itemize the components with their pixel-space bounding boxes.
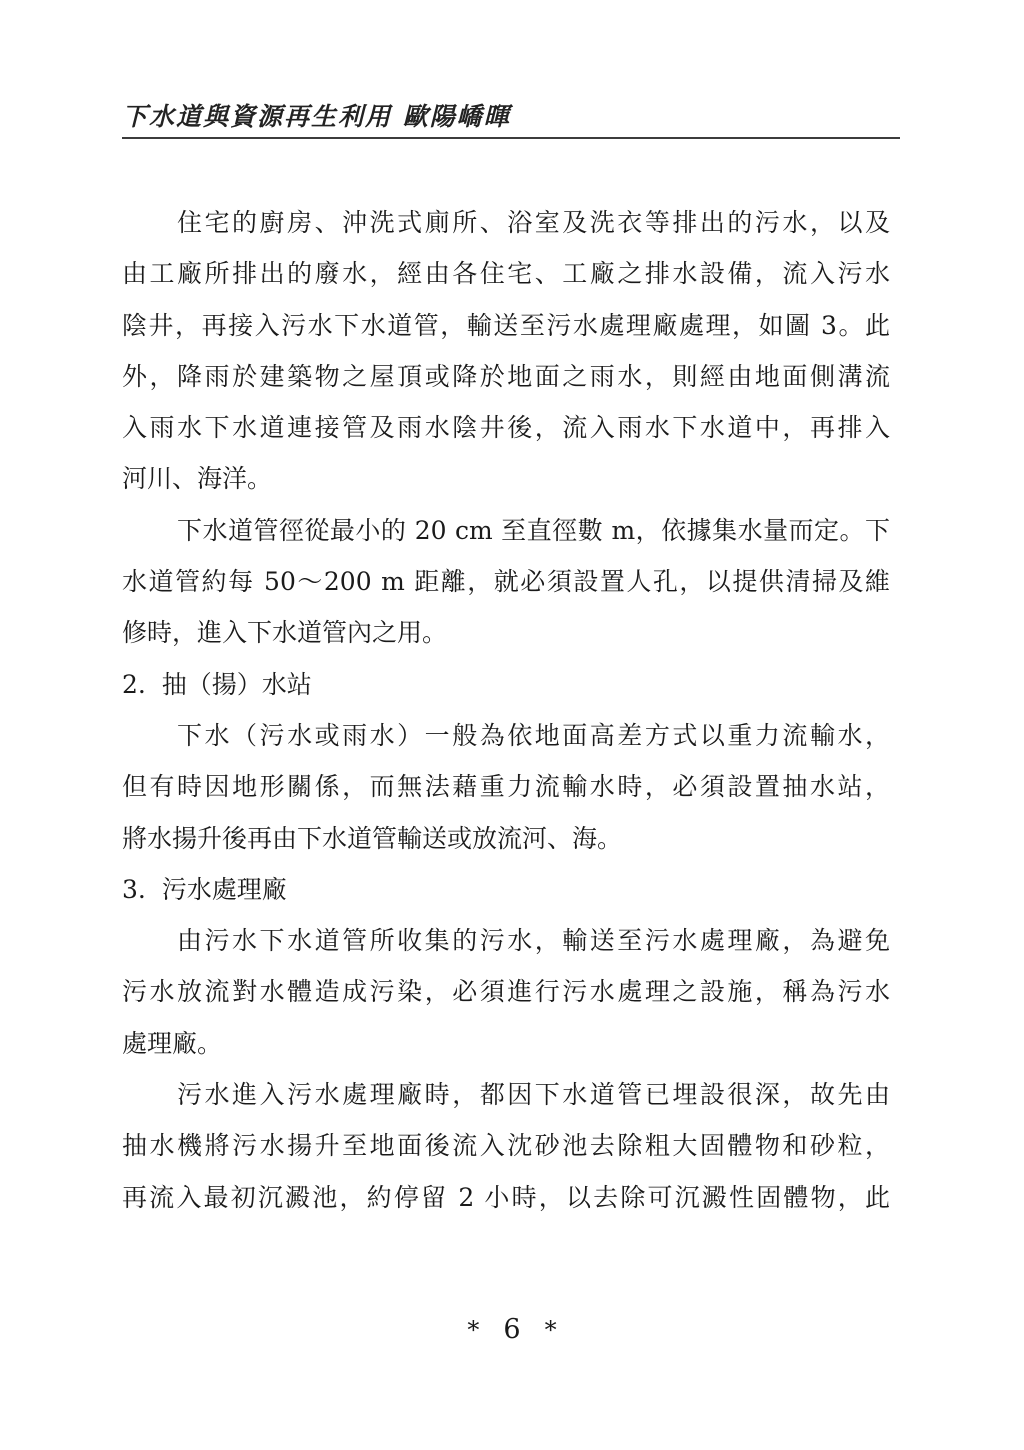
text-line: 下水（污水或雨水）一般為依地面高差方式以重力流輸水， <box>122 710 890 761</box>
text-line: 污水進入污水處理廠時，都因下水道管已埋設很深，故先由 <box>122 1069 890 1120</box>
text-line: 陰井，再接入污水下水道管，輸送至污水處理廠處理，如圖 3。此 <box>122 300 890 351</box>
text-line: 住宅的廚房、沖洗式廁所、浴室及洗衣等排出的污水，以及 <box>122 197 890 248</box>
text-line: 水道管約每 50～200 m 距離，就必須設置人孔，以提供清掃及維 <box>122 556 890 607</box>
text-line: 抽水機將污水揚升至地面後流入沈砂池去除粗大固體物和砂粒， <box>122 1120 890 1171</box>
paragraph: 下水道管徑從最小的 20 cm 至直徑數 m，依據集水量而定。下水道管約每 50… <box>122 505 890 659</box>
document-page: 下水道與資源再生利用 歐陽嶠暉 住宅的廚房、沖洗式廁所、浴室及洗衣等排出的污水，… <box>0 0 1024 1450</box>
text-line: 外，降雨於建築物之屋頂或降於地面之雨水，則經由地面側溝流 <box>122 351 890 402</box>
text-line: 修時，進入下水道管內之用。 <box>122 607 890 658</box>
text-line: 但有時因地形關係，而無法藉重力流輸水時，必須設置抽水站， <box>122 761 890 812</box>
paragraph: 住宅的廚房、沖洗式廁所、浴室及洗衣等排出的污水，以及由工廠所排出的廢水，經由各住… <box>122 197 890 505</box>
paragraph: 由污水下水道管所收集的污水，輸送至污水處理廠，為避免污水放流對水體造成污染，必須… <box>122 915 890 1069</box>
text-line: 處理廠。 <box>122 1018 890 1069</box>
paragraph: 下水（污水或雨水）一般為依地面高差方式以重力流輸水，但有時因地形關係，而無法藉重… <box>122 710 890 864</box>
text-line: 河川、海洋。 <box>122 453 890 504</box>
text-line: 將水揚升後再由下水道管輸送或放流河、海。 <box>122 813 890 864</box>
text-line: 3. 污水處理廠 <box>122 864 890 915</box>
text-line: 2. 抽（揚）水站 <box>122 659 890 710</box>
text-line: 再流入最初沉澱池，約停留 2 小時，以去除可沉澱性固體物，此 <box>122 1172 890 1223</box>
text-line: 由工廠所排出的廢水，經由各住宅、工廠之排水設備，流入污水 <box>122 248 890 299</box>
page-footer: * 6 * <box>0 1314 1024 1345</box>
paragraph: 污水進入污水處理廠時，都因下水道管已埋設很深，故先由抽水機將污水揚升至地面後流入… <box>122 1069 890 1223</box>
text-line: 下水道管徑從最小的 20 cm 至直徑數 m，依據集水量而定。下 <box>122 505 890 556</box>
text-line: 入雨水下水道連接管及雨水陰井後，流入雨水下水道中，再排入 <box>122 402 890 453</box>
page-number: 6 <box>503 1314 520 1345</box>
body-text: 住宅的廚房、沖洗式廁所、浴室及洗衣等排出的污水，以及由工廠所排出的廢水，經由各住… <box>122 197 890 1223</box>
text-line: 由污水下水道管所收集的污水，輸送至污水處理廠，為避免 <box>122 915 890 966</box>
header-title: 下水道與資源再生利用 歐陽嶠暉 <box>122 100 900 134</box>
section-heading: 3. 污水處理廠 <box>122 864 890 915</box>
text-line: 污水放流對水體造成污染，必須進行污水處理之設施，稱為污水 <box>122 966 890 1017</box>
page-number-marker-right: * <box>545 1316 557 1344</box>
section-heading: 2. 抽（揚）水站 <box>122 659 890 710</box>
page-number-marker-left: * <box>467 1316 479 1344</box>
page-header: 下水道與資源再生利用 歐陽嶠暉 <box>122 100 900 139</box>
header-rule <box>122 137 900 139</box>
